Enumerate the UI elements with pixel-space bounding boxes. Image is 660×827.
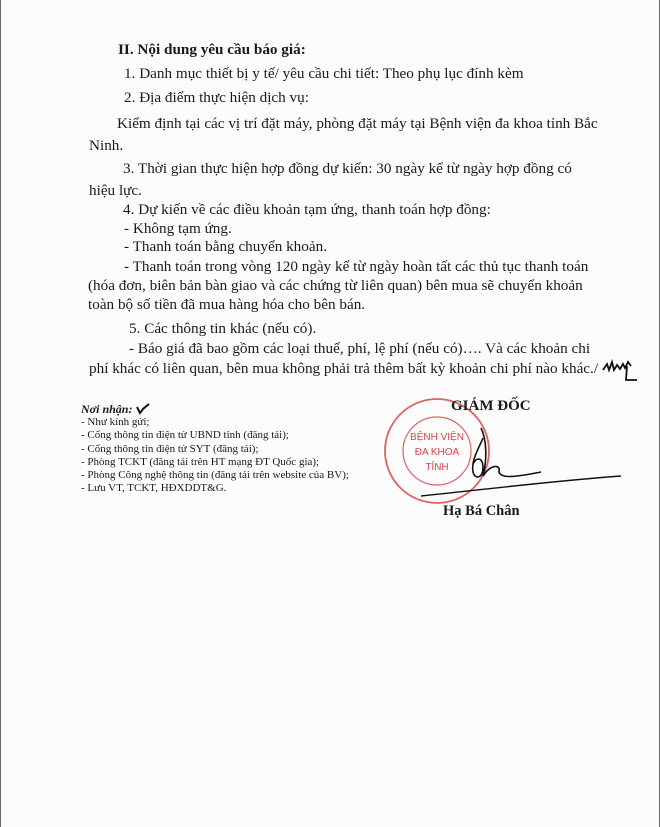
check-mark-icon — [136, 403, 150, 415]
item-4-b: - Thanh toán bằng chuyển khoản. — [124, 238, 327, 256]
recipient-item: - Phòng TCKT (đăng tải trên HT mạng ĐT Q… — [81, 456, 349, 469]
item-4-c-line-1: - Thanh toán trong vòng 120 ngày kể từ n… — [124, 258, 588, 276]
item-5: 5. Các thông tin khác (nếu có). — [129, 320, 316, 338]
item-5-a-line-1: - Báo giá đã bao gồm các loại thuế, phí,… — [129, 340, 590, 358]
location-line-2: Ninh. — [89, 137, 123, 155]
recipient-item: - Như kính gửi; — [81, 416, 349, 429]
recipient-item: - Lưu VT, TCKT, HĐXDDT&G. — [81, 482, 349, 495]
item-4-a: - Không tạm ứng. — [124, 220, 232, 238]
item-1: 1. Danh mục thiết bị y tế/ yêu cầu chi t… — [124, 65, 524, 83]
item-4-c-line-2: (hóa đơn, biên bản bàn giao và các chứng… — [88, 277, 583, 295]
recipient-item: - Phòng Công nghệ thông tin (đăng tải tr… — [81, 469, 349, 482]
handwritten-signature-icon — [421, 420, 621, 510]
initial-mark-icon — [601, 356, 641, 384]
location-line-1: Kiểm định tại các vị trí đặt máy, phòng … — [117, 115, 598, 133]
section-heading: II. Nội dung yêu cầu báo giá: — [118, 41, 306, 59]
recipient-item: - Cổng thông tin điện tử UBND tỉnh (đăng… — [81, 429, 349, 442]
item-4: 4. Dự kiến về các điều khoản tạm ứng, th… — [123, 201, 491, 219]
recipients-block: Nơi nhận: - Như kính gửi; - Cổng thông t… — [81, 403, 349, 495]
item-4-c-line-3: toàn bộ số tiền đã mua hàng hóa cho bên … — [88, 296, 365, 314]
recipient-item: - Cổng thông tin điện tử SYT (đăng tải); — [81, 443, 349, 456]
signer-title: GIÁM ĐỐC — [451, 398, 531, 415]
document-page: II. Nội dung yêu cầu báo giá: 1. Danh mụ… — [0, 0, 660, 827]
signer-name: Hạ Bá Chân — [443, 503, 520, 520]
item-3-line-1: 3. Thời gian thực hiện hợp đồng dự kiến:… — [123, 160, 572, 178]
item-5-a-line-2: phí khác có liên quan, bên mua không phả… — [89, 360, 598, 378]
recipients-title: Nơi nhận: — [81, 403, 349, 416]
item-3-line-2: hiệu lực. — [89, 182, 142, 200]
item-2: 2. Địa điểm thực hiện dịch vụ: — [124, 89, 309, 107]
